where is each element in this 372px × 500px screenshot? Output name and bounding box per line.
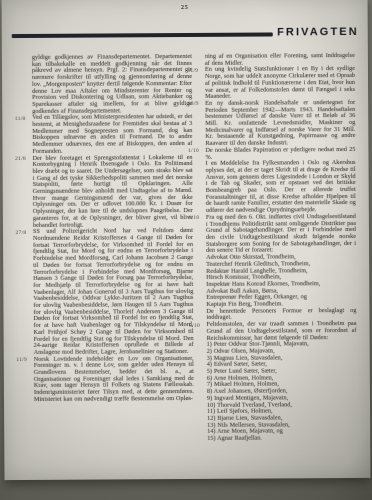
entry-text: Ved en Tillægslov, som Ministerpresident…	[32, 114, 192, 155]
entry-date: 8/10	[189, 322, 200, 328]
news-entry: 27/8 SS und Polizeigericht Nord har ved …	[33, 228, 194, 356]
entry-text: Der blev foretaget et Sprengstofattentat…	[32, 155, 192, 230]
entry-text: I en Meddelelse fra Fylkesmanden i Oslo …	[206, 160, 356, 215]
news-entry: 11/9 Norsk Lovtidende indeholder en Lov …	[34, 356, 194, 404]
right-column: ning af en Organisation eller Forening, …	[205, 53, 358, 473]
entry-text: gyldige godkjennes av Finansdepartemente…	[32, 54, 192, 115]
entry-text: SS und Polizeigericht Nord har ved Feltd…	[33, 228, 194, 356]
news-entry: 6/10 Fra og med den 6. Okt. indførtes ci…	[206, 214, 357, 322]
news-entry: 11/8 Ved en Tillægslov, som Ministerpres…	[32, 114, 192, 155]
entry-date: 21/8	[15, 156, 26, 162]
masthead: FRIVAGTEN	[12, 25, 359, 43]
left-column: gyldige godkjennes av Finansdepartemente…	[32, 54, 195, 474]
scanned-page: 25 FRIVAGTEN gyldige godkjennes av Finan…	[2, 0, 371, 480]
news-entry: I en Meddelelse fra Fylkesmanden i Oslo …	[206, 160, 356, 215]
news-entry: 11/9 En ung kvindelig Statsfunktionær i …	[205, 66, 355, 100]
news-entry: 18/9 En ny dansk-norsk Handelsaftale er …	[205, 100, 355, 148]
masthead-rule	[12, 32, 273, 37]
entry-text: En ung kvindelig Statsfunktionær i en By…	[205, 66, 355, 100]
news-entry: gyldige godkjennes av Finansdepartemente…	[32, 54, 192, 115]
entry-text: Feltdomstolen, der var traadt sammen i T…	[207, 321, 358, 443]
entry-text: Norsk Lovtidende indeholder en Lov om Or…	[34, 356, 194, 404]
entry-date: 6/10	[188, 215, 199, 221]
news-entry: 21/8 Der blev foretaget et Sprengstofatt…	[32, 155, 192, 230]
entry-date: 27/8	[15, 230, 26, 236]
news-entry: 8/10 Feltdomstolen, der var traadt samme…	[207, 321, 358, 443]
entry-date: 11/8	[15, 116, 26, 122]
entry-date: 18/9	[188, 101, 199, 107]
entry-text: Fra og med den 6. Okt. indførtes civil U…	[206, 214, 357, 322]
entry-text: En ny dansk-norsk Handelsaftale er under…	[205, 100, 355, 148]
text-columns: gyldige godkjennes av Finansdepartemente…	[32, 53, 358, 474]
entry-date: 11/9	[16, 357, 27, 363]
masthead-title: FRIVAGTEN	[277, 26, 359, 38]
page-number: 25	[2, 3, 368, 12]
entry-date: 11/9	[187, 68, 198, 74]
entry-date: 1/10	[188, 148, 199, 154]
